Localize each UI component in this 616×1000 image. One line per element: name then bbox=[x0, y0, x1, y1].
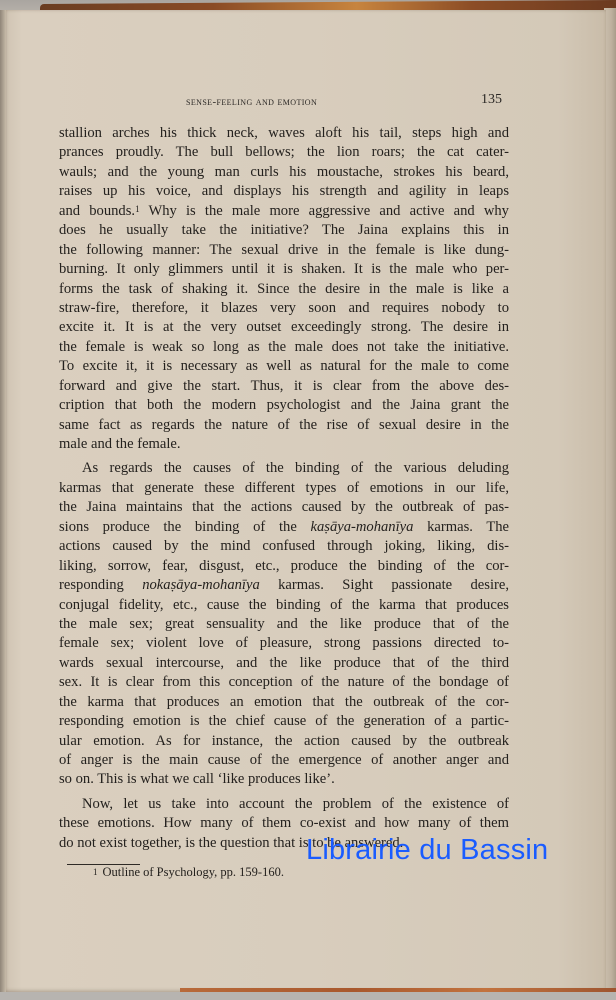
italic-term: nokaṣāya-mohanīya bbox=[142, 577, 260, 593]
page-number: 135 bbox=[481, 92, 502, 108]
text-line: of anger is the main cause of the emerge… bbox=[59, 751, 509, 770]
text-line: forward and give the start. Thus, it is … bbox=[59, 377, 509, 396]
text-line: Now, let us take into account the proble… bbox=[59, 795, 509, 814]
watermark-seller-name: Librairie du Bassin bbox=[306, 834, 548, 867]
text-line: female sex; violent love of pleasure, st… bbox=[59, 634, 509, 653]
text-line: the karma that produces an emotion that … bbox=[59, 693, 509, 712]
text-fragment: sions produce the binding of the bbox=[59, 519, 310, 535]
text-fragment: and bounds. bbox=[59, 203, 135, 219]
text-line: actions caused by the mind confused thro… bbox=[59, 537, 509, 556]
text-line: straw-fire, therefore, it blazes very so… bbox=[59, 299, 509, 318]
text-line: the following manner: The sexual drive i… bbox=[59, 241, 509, 260]
text-line: wauls; and the young man curls his moust… bbox=[59, 163, 509, 182]
text-line-with-italic-term: sions produce the binding of the kaṣāya-… bbox=[59, 518, 509, 537]
text-line: does he usually take the initiative? The… bbox=[59, 221, 509, 240]
text-line: raises up his voice, and displays his st… bbox=[59, 182, 509, 201]
text-line: burning. It only glimmers until it is sh… bbox=[59, 260, 509, 279]
text-line: To excite it, it is necessary as well as… bbox=[59, 357, 509, 376]
italic-term: kaṣāya-mohanīya bbox=[310, 519, 413, 535]
gutter-shadow bbox=[0, 10, 6, 992]
footnote-number: 1 bbox=[93, 867, 98, 877]
text-line: As regards the causes of the binding of … bbox=[59, 459, 509, 478]
text-line: these emotions. How many of them co-exis… bbox=[59, 814, 509, 833]
text-line: conjugal fidelity, etc., cause the bindi… bbox=[59, 596, 509, 615]
text-line: prances proudly. The bull bellows; the l… bbox=[59, 143, 509, 162]
text-line: sex. It is clear from this conception of… bbox=[59, 673, 509, 692]
footnote: 1Outline of Psychology, pp. 159-160. bbox=[93, 865, 284, 880]
text-line: the male sex; great sensuality and the l… bbox=[59, 615, 509, 634]
text-line: male and the female. bbox=[59, 435, 509, 454]
text-line-with-footnote-ref: and bounds.1 Why is the male more aggres… bbox=[59, 202, 509, 221]
body-text: stallion arches his thick neck, waves al… bbox=[59, 124, 509, 853]
text-line: excite it. It is at the very outset exce… bbox=[59, 318, 509, 337]
text-fragment: responding bbox=[59, 577, 142, 593]
footnote-text: Outline of Psychology, pp. 159-160. bbox=[103, 865, 284, 879]
text-line: the Jaina maintains that the actions cau… bbox=[59, 498, 509, 517]
footnote-reference[interactable]: 1 bbox=[135, 204, 140, 214]
background-bottom bbox=[0, 992, 616, 1000]
text-line: ular emotion. As for instance, the actio… bbox=[59, 732, 509, 751]
text-line: wards sexual intercourse, and the like p… bbox=[59, 654, 509, 673]
text-line-with-italic-term: responding nokaṣāya-mohanīya karmas. Sig… bbox=[59, 576, 509, 595]
text-line: stallion arches his thick neck, waves al… bbox=[59, 124, 509, 143]
text-fragment: Why is the male more aggressive and acti… bbox=[140, 203, 509, 219]
text-line: responding emotion is the chief cause of… bbox=[59, 712, 509, 731]
text-line: forms the task of shaking it. Since the … bbox=[59, 280, 509, 299]
text-line: liking, sorrow, fear, disgust, etc., pro… bbox=[59, 557, 509, 576]
text-line: same fact as regards the nature of the r… bbox=[59, 416, 509, 435]
text-line: karmas that generate these different typ… bbox=[59, 479, 509, 498]
running-head: SENSE-FEELING AND EMOTION bbox=[186, 96, 317, 108]
text-line: the female is weak so long as the male d… bbox=[59, 338, 509, 357]
text-line: cription that both the modern psychologi… bbox=[59, 396, 509, 415]
text-fragment: karmas. The bbox=[413, 519, 509, 535]
text-line: so on. This is what we call ‘like produc… bbox=[59, 770, 509, 789]
text-fragment: karmas. Sight passionate desire, bbox=[260, 577, 509, 593]
